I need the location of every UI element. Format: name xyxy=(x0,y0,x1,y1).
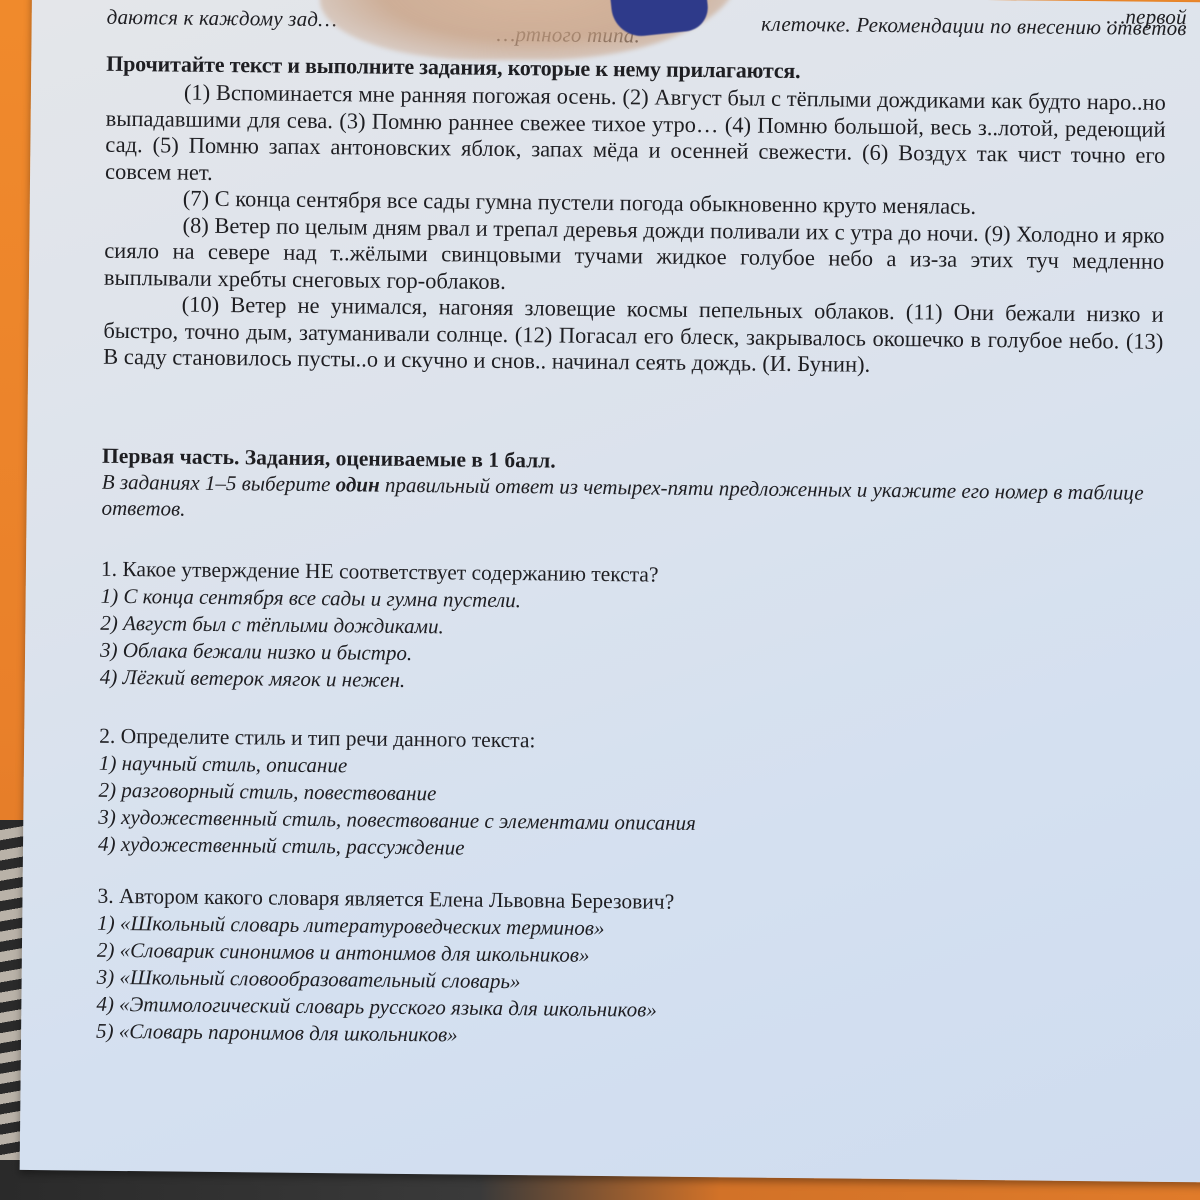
passage-paragraph: (1) Вспоминается мне ранняя погожая осен… xyxy=(105,79,1166,196)
passage-paragraph: (10) Ветер не унимался, нагоняя зловещие… xyxy=(103,291,1164,382)
reading-passage: (1) Вспоминается мне ранняя погожая осен… xyxy=(103,79,1166,382)
header-fragment-right: клеточке. Рекомендации по внесению ответ… xyxy=(761,11,1187,41)
question-1: 1. Какое утверждение НЕ соответствует со… xyxy=(100,556,1001,700)
emphasis-one: один xyxy=(336,472,380,496)
section-description: В заданиях 1–5 выберите один правильный … xyxy=(101,469,1161,532)
passage-paragraph: (8) Ветер по целым дням рвал и трепал де… xyxy=(104,211,1165,302)
question-2: 2. Определите стиль и тип речи данного т… xyxy=(98,723,999,867)
paper-sheet: …первой даются к каждому зад… клеточке. … xyxy=(20,0,1200,1182)
part-one-header: Первая часть. Задания, оцениваемые в 1 б… xyxy=(101,443,1162,532)
header-fragment-left: даются к каждому зад… xyxy=(107,4,338,32)
question-3: 3. Автором какого словаря является Елена… xyxy=(96,883,998,1054)
